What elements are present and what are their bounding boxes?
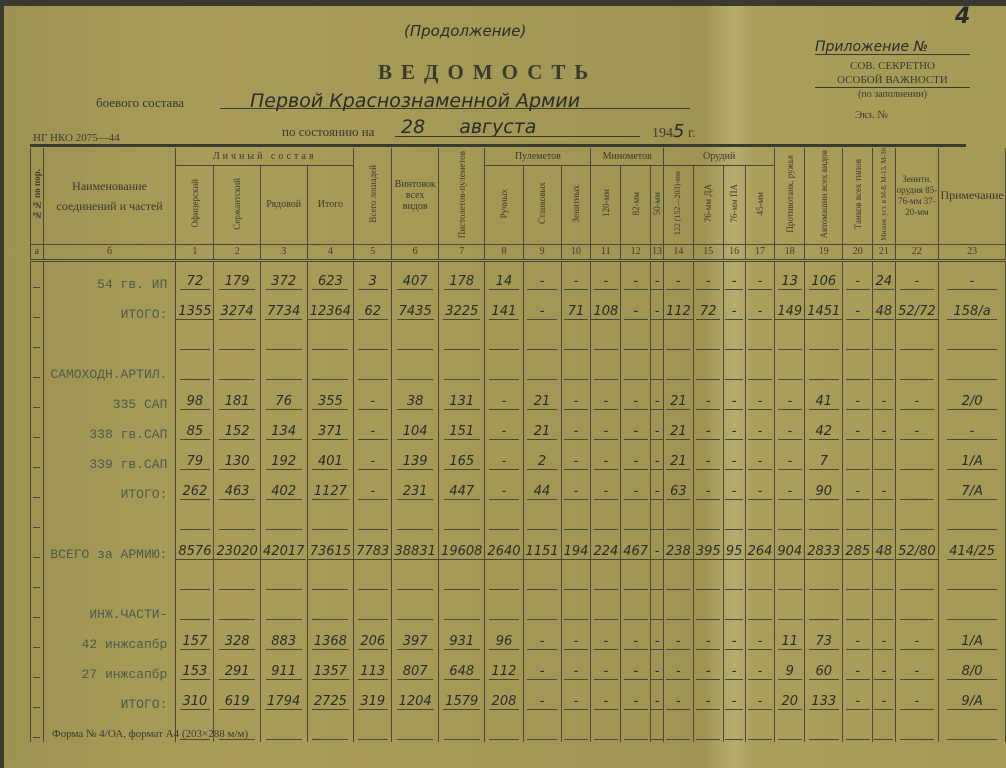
cell-value [564,334,588,350]
value-cell: 131 [439,382,485,412]
value-cell: 52/72 [895,292,939,322]
unit-name-cell: 339 гв.САП [43,442,176,472]
value-cell [485,352,523,382]
value-cell: - [723,622,745,652]
value-cell: - [843,382,873,412]
group-machine-guns: Пулеметов [485,148,591,166]
cell-value [312,724,348,740]
value-cell: - [663,260,693,292]
cell-value: - [874,634,893,650]
value-cell: 44 [523,472,561,502]
cell-value: - [624,454,648,470]
value-cell: 7 [805,442,843,472]
cell-value: 12364 [308,304,353,320]
cell-value: 71 [564,304,588,320]
cell-value [489,334,519,350]
value-cell: 95 [723,532,745,562]
document-title: ВЕДОМОСТЬ [378,60,597,85]
value-cell: 112 [485,652,523,682]
value-cell [693,322,723,352]
cell-value [725,364,744,380]
cell-value: - [846,394,870,410]
value-cell [723,352,745,382]
cell-value: - [874,424,893,440]
cell-value: 79 [180,454,210,470]
value-cell: - [895,682,939,712]
cell-value: - [651,544,663,560]
value-cell: - [591,652,621,682]
col-header-21: Милом. уст. в М-8, М-13, М-30 [873,148,895,244]
value-cell: - [723,260,745,292]
value-cell: 21 [663,442,693,472]
cell-value: 224 [591,544,620,560]
cell-value [874,724,893,740]
value-cell: 192 [260,442,307,472]
value-cell: - [651,292,664,322]
cell-value [358,604,388,620]
col-num: 10 [561,244,591,260]
cell-value: 21 [527,424,557,440]
cell-value: - [947,424,997,440]
cell-value: - [725,484,744,500]
cell-value [489,604,519,620]
cell-value: 38 [397,394,433,410]
cell-value: 19608 [439,544,484,560]
value-cell: - [651,682,664,712]
cell-value [312,334,348,350]
cell-value: - [846,664,870,680]
row-number-cell [31,472,44,502]
value-cell: 463 [214,472,260,502]
cell-value [527,334,557,350]
col-num: 14 [663,244,693,260]
cell-value: - [900,394,934,410]
value-cell [723,712,745,742]
cell-value: - [846,424,870,440]
value-cell [523,592,561,622]
cell-value: - [651,274,663,290]
cell-value: 7/А [947,484,997,500]
col-num: 15 [693,244,723,260]
cell-value: 1579 [443,694,480,710]
value-cell: 648 [439,652,485,682]
value-cell: - [591,682,621,712]
value-cell: - [561,622,591,652]
col-header-11: 120-мм [591,166,621,244]
value-cell [843,442,873,472]
value-cell: 447 [439,472,485,502]
cell-value [846,574,870,590]
value-cell: - [693,622,723,652]
value-cell: 2640 [485,532,523,562]
cell-value: - [748,634,772,650]
cell-value [397,604,433,620]
value-cell [873,502,895,532]
row-number-cell [31,352,44,382]
row-number-cell [31,652,44,682]
value-cell: - [745,442,775,472]
value-cell: - [693,382,723,412]
cell-value [594,364,618,380]
cell-value: 1/А [947,454,997,470]
value-cell: - [843,652,873,682]
value-cell [939,352,1006,382]
row-number-cell [31,502,44,532]
value-cell: 153 [176,652,214,682]
cell-value: - [666,634,690,650]
value-cell: 96 [485,622,523,652]
value-cell: 619 [214,682,260,712]
unit-name: 54 гв. ИП [97,277,167,292]
cell-value [444,364,480,380]
cell-value [594,724,618,740]
value-cell [591,502,621,532]
cell-value: - [489,394,519,410]
cell-value: 3225 [443,304,480,320]
cell-value: 152 [219,424,255,440]
cell-value [527,514,557,530]
value-cell [775,352,805,382]
cell-value [666,724,690,740]
cell-value: - [527,664,557,680]
cell-value: 106 [809,274,839,290]
value-cell: 179 [214,260,260,292]
cell-value: 619 [219,694,255,710]
value-cell: 224 [591,532,621,562]
cell-value: - [651,454,663,470]
cell-value [651,364,663,380]
table-row [31,562,1006,592]
value-cell: 372 [260,260,307,292]
row-number-cell [31,682,44,712]
value-cell [591,352,621,382]
cell-value [900,604,934,620]
as-of-label: по состоянию на [282,124,374,140]
col-header-7: Пистолетов-пулеметов [439,148,485,244]
cell-value: 42 [809,424,839,440]
col-num: 11 [591,244,621,260]
cell-value: - [624,664,648,680]
unit-name-cell: ИТОГО: [43,682,176,712]
value-cell [591,592,621,622]
cell-value: 904 [775,544,804,560]
value-cell [439,502,485,532]
cell-value [489,514,519,530]
cell-value [594,334,618,350]
value-cell [895,562,939,592]
value-cell: - [651,442,664,472]
col-num: 5 [354,244,392,260]
value-cell: - [523,260,561,292]
cell-value: - [725,454,744,470]
value-cell: 371 [307,412,354,442]
value-cell: - [873,652,895,682]
unit-name: 335 САП [113,397,168,412]
value-cell: - [591,472,621,502]
cell-value [696,604,720,620]
cell-value: 7734 [265,304,302,320]
cell-value: 1451 [805,304,842,320]
value-cell: - [663,682,693,712]
cell-value [358,574,388,590]
cell-value: 157 [180,634,210,650]
value-cell [693,592,723,622]
value-cell: 3 [354,260,392,292]
value-cell [651,712,664,742]
value-cell: 9 [775,652,805,682]
value-cell: 8/0 [939,652,1006,682]
cell-value [624,334,648,350]
value-cell [723,322,745,352]
value-cell: - [843,472,873,502]
cell-value: 23020 [214,544,259,560]
continuation-note: (Продолжение) [404,22,526,40]
value-cell: 104 [392,412,439,442]
cell-value [947,574,997,590]
cell-value: 401 [312,454,348,470]
cell-value: 52/72 [896,304,937,320]
value-cell [693,352,723,382]
value-cell: 134 [260,412,307,442]
value-cell: 264 [745,532,775,562]
cell-value [180,364,210,380]
value-cell: 48 [873,292,895,322]
cell-value: 8/0 [947,664,997,680]
value-cell: - [745,622,775,652]
cell-value [397,334,433,350]
cell-value: 134 [266,424,302,440]
cell-value: 2833 [805,544,842,560]
value-cell: - [693,472,723,502]
value-cell: 1127 [307,472,354,502]
value-cell [260,712,307,742]
value-cell [307,322,354,352]
value-cell: 108 [591,292,621,322]
cell-value [444,514,480,530]
value-cell: 807 [392,652,439,682]
cell-value: - [696,664,720,680]
cell-value: 414/25 [947,544,997,560]
value-cell: - [621,412,651,442]
row-number-cell [31,382,44,412]
cell-value: 319 [358,694,388,710]
value-cell: 24 [873,260,895,292]
value-cell: 2/0 [939,382,1006,412]
value-cell [939,712,1006,742]
row-number-cell [31,292,44,322]
value-cell [843,592,873,622]
value-cell: 21 [523,412,561,442]
cell-value: 131 [444,394,480,410]
value-cell: 73615 [307,532,354,562]
cell-value: 402 [266,484,302,500]
value-cell: 1357 [307,652,354,682]
table-row: 27 инжсапбр1532919111357113807648112----… [31,652,1006,682]
value-cell: 395 [693,532,723,562]
value-cell [176,502,214,532]
cell-value: 238 [664,544,693,560]
value-cell: 1204 [392,682,439,712]
year-unit: г. [688,126,696,141]
value-cell [663,712,693,742]
value-cell: - [621,682,651,712]
cell-value: 113 [358,664,388,680]
value-cell: 151 [439,412,485,442]
cell-value: 467 [621,544,650,560]
value-cell: - [561,682,591,712]
value-cell: 62 [354,292,392,322]
cell-value: 139 [397,454,433,470]
cell-value: 13 [778,274,802,290]
value-cell [873,562,895,592]
col-num: 12 [621,244,651,260]
cell-value [651,604,663,620]
value-cell [873,712,895,742]
unit-name-cell: 42 инжсапбр [43,622,176,652]
cell-value: - [527,274,557,290]
cell-value: - [594,274,618,290]
value-cell: 319 [354,682,392,712]
value-cell [214,322,260,352]
value-cell [895,442,939,472]
value-cell: 141 [485,292,523,322]
table-row: САМОХОДН.АРТИЛ. [31,352,1006,382]
col-header-10: Зенитных [561,166,591,244]
value-cell: 3274 [214,292,260,322]
value-cell: - [873,682,895,712]
value-cell: 623 [307,260,354,292]
group-personnel: Личный состав [176,148,354,166]
value-cell [214,562,260,592]
value-cell [307,352,354,382]
cell-value: - [564,664,588,680]
col-header-a: №№ по пор. [31,148,44,244]
value-cell [745,712,775,742]
cell-value: 24 [874,274,895,290]
cell-value: 285 [843,544,872,560]
value-cell: - [621,622,651,652]
cell-value: - [358,394,388,410]
cell-value [594,514,618,530]
value-cell: - [723,652,745,682]
value-cell: 208 [485,682,523,712]
cell-value: 355 [312,394,348,410]
cell-value [947,334,997,350]
cell-value [624,514,648,530]
value-cell: - [621,442,651,472]
value-cell [873,442,895,472]
cell-value: 262 [180,484,210,500]
cell-value [358,334,388,350]
unit-name: ИТОГО: [121,487,168,502]
value-cell [873,592,895,622]
combat-strength-table: №№ по пор. Наименование соединений и час… [30,148,1006,742]
cell-value [900,364,934,380]
value-cell: 76 [260,382,307,412]
cell-value: - [778,394,802,410]
value-cell [214,502,260,532]
value-cell: 85 [176,412,214,442]
value-cell: 73 [805,622,843,652]
value-cell [663,562,693,592]
cell-value: - [725,274,744,290]
value-cell: 157 [176,622,214,652]
unit-name: 339 гв.САП [89,457,167,472]
cell-value [312,604,348,620]
cell-value: 648 [444,664,480,680]
unit-name: 27 инжсапбр [82,667,168,682]
cell-value [624,574,648,590]
value-cell [621,352,651,382]
cell-value: 7 [809,454,839,470]
cell-value: 1355 [176,304,213,320]
value-cell [895,502,939,532]
value-cell [439,322,485,352]
cell-value: - [725,664,744,680]
value-cell: - [873,622,895,652]
col-header-18: Противотанк. ружья [775,148,805,244]
value-cell: - [561,652,591,682]
value-cell: - [523,682,561,712]
cell-value: - [564,274,588,290]
cell-value [219,604,255,620]
value-cell [621,322,651,352]
unit-name: ИНЖ.ЧАСТИ- [89,607,167,622]
cell-value: - [651,694,663,710]
cell-value: - [594,454,618,470]
cell-value: - [696,634,720,650]
cell-value: - [624,424,648,440]
cell-value: - [527,634,557,650]
value-cell [939,592,1006,622]
value-cell: - [873,412,895,442]
value-cell [176,352,214,382]
cell-value: 310 [180,694,210,710]
col-header-20: Танков всех типов [843,148,873,244]
cell-value: 3274 [219,304,256,320]
value-cell: - [354,382,392,412]
table-row: 339 гв.САП79130192401-139165-2----21----… [31,442,1006,472]
unit-name-cell: ИТОГО: [43,292,176,322]
value-cell: - [895,412,939,442]
value-cell: - [745,682,775,712]
value-cell: - [723,442,745,472]
value-cell [775,562,805,592]
value-cell: 113 [354,652,392,682]
value-cell: 1151 [523,532,561,562]
cell-value [809,724,839,740]
unit-name-cell: 54 гв. ИП [43,260,176,292]
value-cell [392,322,439,352]
cell-value [312,574,348,590]
cell-value: - [594,424,618,440]
cell-value [666,334,690,350]
value-cell [485,592,523,622]
cell-value [666,364,690,380]
cell-value: 192 [266,454,302,470]
value-cell: - [775,472,805,502]
row-number-cell [31,260,44,292]
unit-name-cell: ВСЕГО за АРМИЮ: [43,532,176,562]
appendix-label: Приложение № [815,40,970,55]
unit-name-cell: САМОХОДН.АРТИЛ. [43,352,176,382]
value-cell: 883 [260,622,307,652]
cell-value: - [846,484,870,500]
form-reference: Форма № 4/ОА, формат А4 (203×288 м/м) [52,728,248,740]
value-cell: 165 [439,442,485,472]
cell-value [527,574,557,590]
cell-value: 158/а [947,304,997,320]
